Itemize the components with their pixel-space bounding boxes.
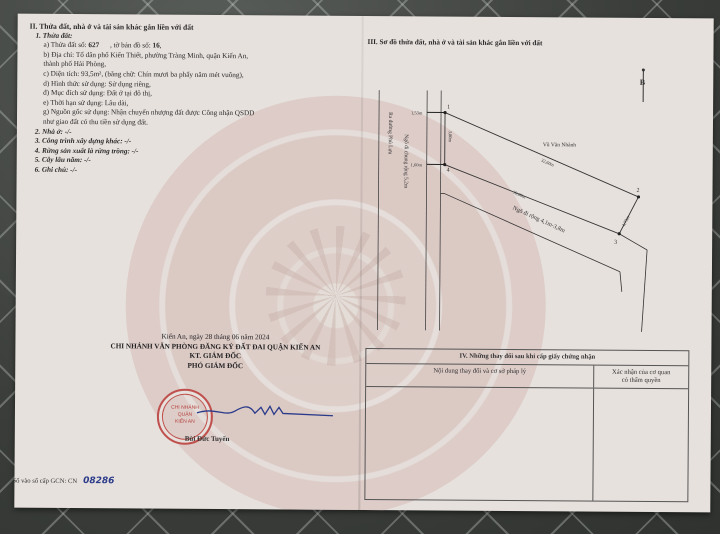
- svg-text:Ngõ đi chung rộng 5,2m: Ngõ đi chung rộng 5,2m: [403, 134, 409, 189]
- change-content-cell: [365, 387, 593, 501]
- svg-text:Ra đường Phủ Lưu: Ra đường Phủ Lưu: [387, 112, 393, 154]
- parcel-number-label: a) Thửa đất số:: [43, 41, 88, 49]
- changes-table-body: [365, 387, 688, 501]
- svg-text:B: B: [640, 78, 646, 87]
- registry-number: 08286: [83, 476, 114, 486]
- svg-text:3,80m: 3,80m: [447, 131, 453, 143]
- parcel-number: 627: [88, 41, 99, 49]
- deputy-director-line: PHÓ GIÁM ĐỐC: [75, 361, 355, 373]
- svg-text:30,00m: 30,00m: [512, 189, 527, 200]
- svg-text:2: 2: [636, 188, 639, 194]
- authority-confirmation-header: Xác nhận của cơ quan có thẩm quyền: [593, 366, 688, 389]
- svg-text:1,60m: 1,60m: [411, 162, 423, 168]
- svg-text:1: 1: [447, 105, 450, 111]
- section-iii-title: III. Sơ đồ thửa đất, nhà ở và tài sản kh…: [368, 38, 543, 47]
- authority-header-line2: có thẩm quyền: [594, 377, 688, 386]
- svg-text:Vũ Văn Nhành: Vũ Văn Nhành: [543, 142, 576, 148]
- registry-label: Số vào sổ cấp GCN: CN: [14, 478, 77, 485]
- svg-text:1,53m: 1,53m: [411, 110, 423, 116]
- signer-name: Bùi Đức Tuyến: [185, 435, 230, 443]
- registry-number-line: Số vào sổ cấp GCN: CN08286: [14, 476, 114, 487]
- left-page-section-ii: II. Thửa đất, nhà ở và tài sản khác gắn …: [29, 22, 360, 178]
- north-arrow-icon: B: [640, 68, 646, 102]
- notes-item: 6. Ghi chú: -/-: [29, 166, 359, 178]
- changes-table-header: Nội dung thay đổi và cơ sở pháp lý Xác n…: [366, 364, 688, 389]
- parcel-diagram: B 1 2 3 4 1,53m 1,60m 3,80m 32,60m 30,00…: [362, 50, 710, 332]
- signature-block: Kiến An, ngày 28 tháng 06 năm 2024 CHI N…: [75, 332, 355, 372]
- change-content-header: Nội dung thay đổi và cơ sở pháp lý: [366, 364, 593, 388]
- svg-text:4: 4: [447, 168, 450, 174]
- handwritten-signature-icon: [195, 401, 335, 422]
- map-sheet-label: , tờ bản đồ số:: [99, 41, 152, 49]
- changes-table: IV. Những thay đổi sau khi cấp giấy chứn…: [364, 348, 689, 502]
- authority-confirmation-cell: [592, 389, 688, 502]
- punct: ,: [160, 42, 162, 50]
- land-certificate-document: II. Thửa đất, nhà ở và tài sản khác gắn …: [14, 14, 713, 513]
- svg-text:4,73m: 4,73m: [621, 214, 632, 227]
- svg-text:3: 3: [614, 240, 617, 246]
